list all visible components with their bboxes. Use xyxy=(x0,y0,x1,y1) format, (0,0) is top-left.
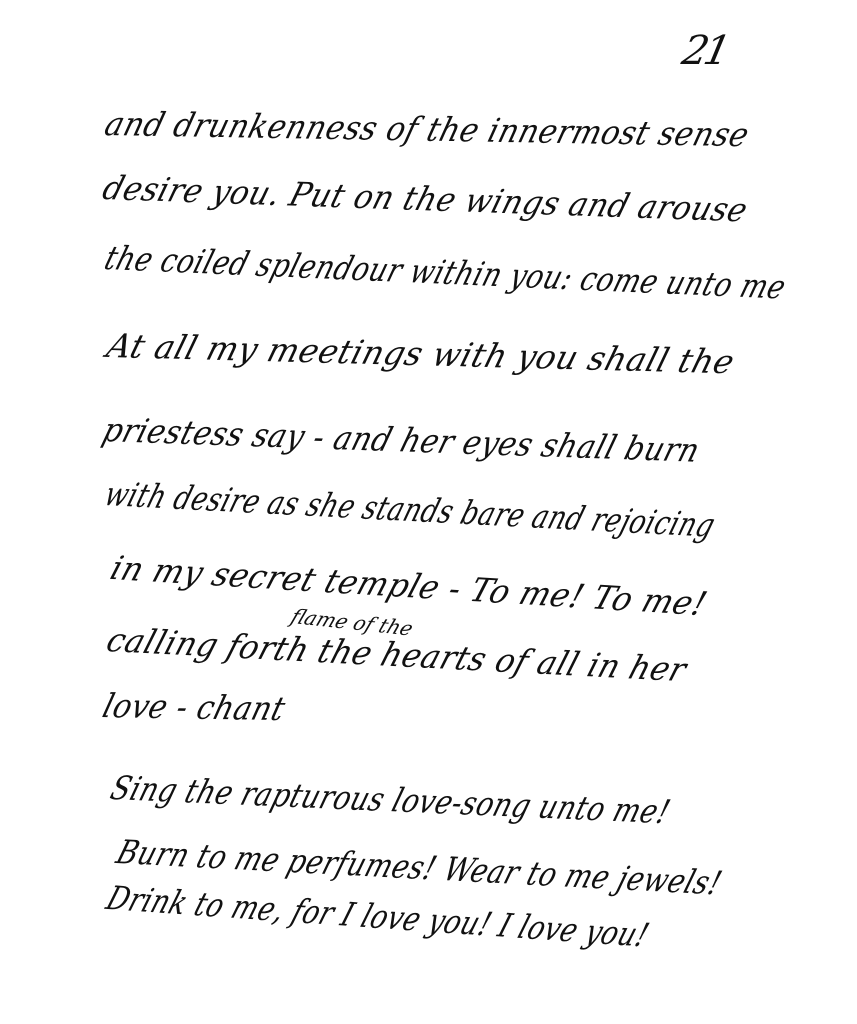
manuscript-line-7: in my secret temple - To me! To me! xyxy=(106,548,712,623)
manuscript-page: 21 and drunkenness of the innermost sens… xyxy=(0,0,857,1024)
manuscript-line-10: Sing the rapturous love-song unto me! xyxy=(106,768,675,831)
manuscript-line-6: with desire as she stands bare and rejoi… xyxy=(100,474,720,544)
manuscript-line-2: desire you. Put on the wings and arouse xyxy=(98,168,752,229)
manuscript-line-1: and drunkenness of the innermost sense xyxy=(101,104,754,154)
manuscript-line-5: priestess say - and her eyes shall burn xyxy=(98,410,704,469)
manuscript-line-9: love - chant xyxy=(99,686,290,728)
page-number: 21 xyxy=(678,28,731,74)
manuscript-line-4: At all my meetings with you shall the xyxy=(103,326,739,381)
manuscript-line-3: the coiled splendour within you: come un… xyxy=(100,238,790,306)
